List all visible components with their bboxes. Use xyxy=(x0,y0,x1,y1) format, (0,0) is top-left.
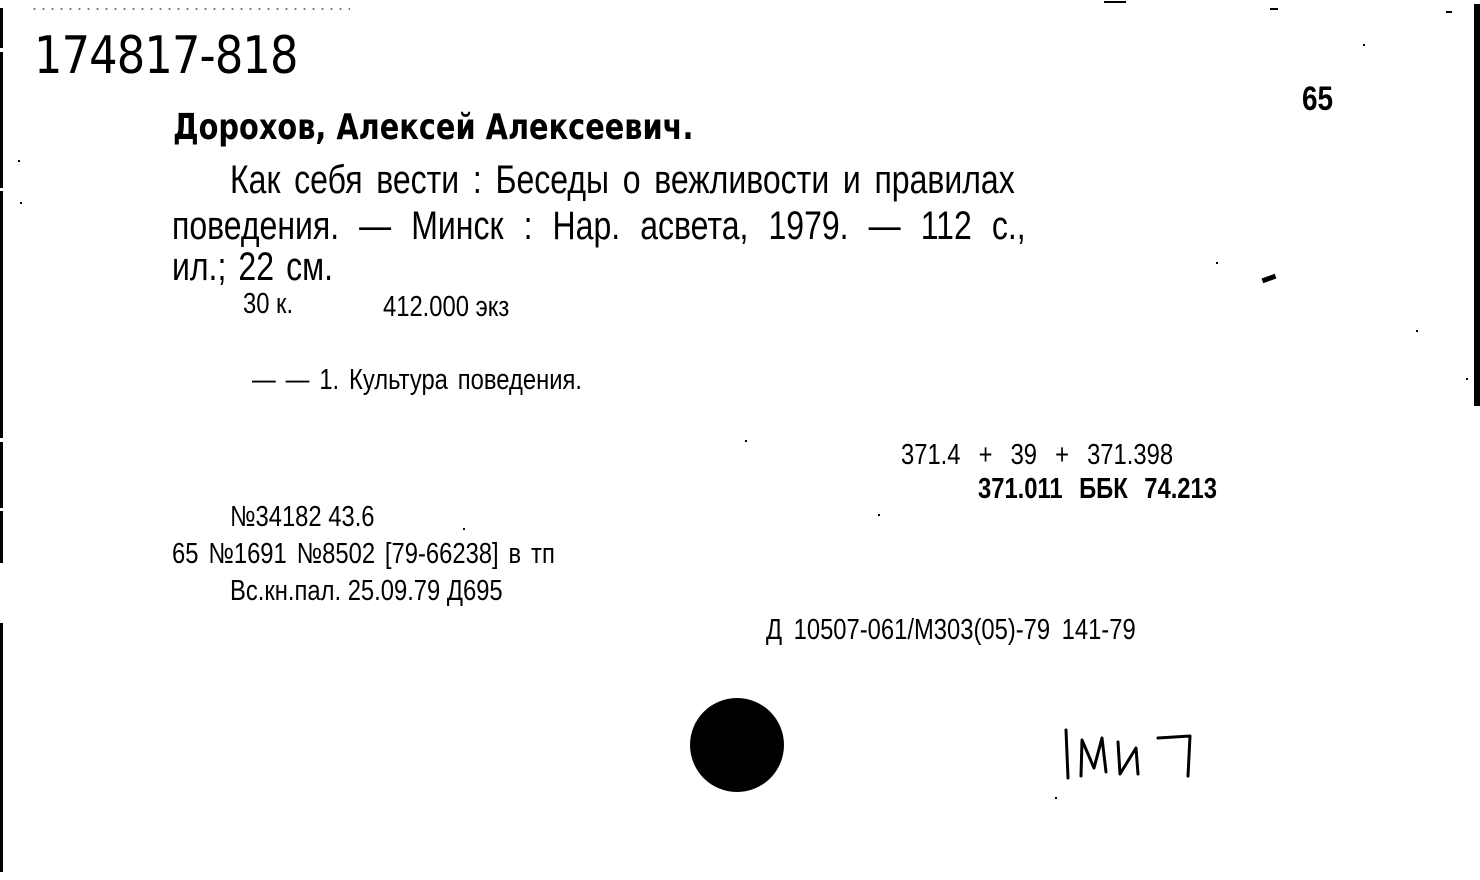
page-number: 65 xyxy=(1302,82,1333,116)
call-number: 174817-818 xyxy=(34,30,298,82)
punch-hole-dot xyxy=(690,698,784,792)
title-line: Как себя вести : Беседы о вежливости и п… xyxy=(230,160,1015,200)
scan-speck xyxy=(878,514,880,516)
subject-tracing: — — 1. Культура поведения. xyxy=(252,366,582,395)
scan-speck xyxy=(463,528,465,530)
registration-line: №34182 43.6 xyxy=(230,503,375,532)
price: 30 к. xyxy=(243,290,293,319)
title-line: поведения. — Минск : Нар. асвета, 1979. … xyxy=(172,206,1026,246)
card-right-edge xyxy=(1474,4,1480,406)
scan-speck xyxy=(1216,262,1218,264)
classification-udc: 371.4 + 39 + 371.398 xyxy=(901,441,1173,470)
scan-speck xyxy=(20,202,22,204)
scan-speck xyxy=(1363,44,1365,46)
scan-speck xyxy=(1104,1,1126,3)
scan-noise xyxy=(30,6,350,12)
scan-speck xyxy=(1416,330,1418,332)
title-line: ил.; 22 см. xyxy=(172,247,333,287)
handwritten-note xyxy=(1062,728,1212,793)
publisher-code: Д 10507-061/М303(05)-79 141-79 xyxy=(766,616,1136,645)
scan-speck xyxy=(18,160,20,162)
card-left-edge xyxy=(0,8,3,872)
author-heading: Дорохов, Алексей Алексеевич. xyxy=(173,110,693,146)
scan-speck xyxy=(1055,797,1057,799)
scan-speck xyxy=(745,440,747,442)
handwriting-glyphs xyxy=(1062,728,1212,788)
scan-speck xyxy=(1270,8,1278,10)
ink-mark xyxy=(1262,274,1277,283)
classification-bbk: 371.011 ББК 74.213 xyxy=(978,475,1217,504)
scan-speck xyxy=(1446,11,1452,13)
registration-line: 65 №1691 №8502 [79-66238] в тп xyxy=(172,540,555,569)
scan-speck xyxy=(1466,378,1468,380)
registration-line: Вс.кн.пал. 25.09.79 Д695 xyxy=(230,577,503,606)
catalog-card: 174817-818 65 Дорохов, Алексей Алексееви… xyxy=(0,0,1480,880)
print-run: 412.000 экз xyxy=(383,293,509,322)
